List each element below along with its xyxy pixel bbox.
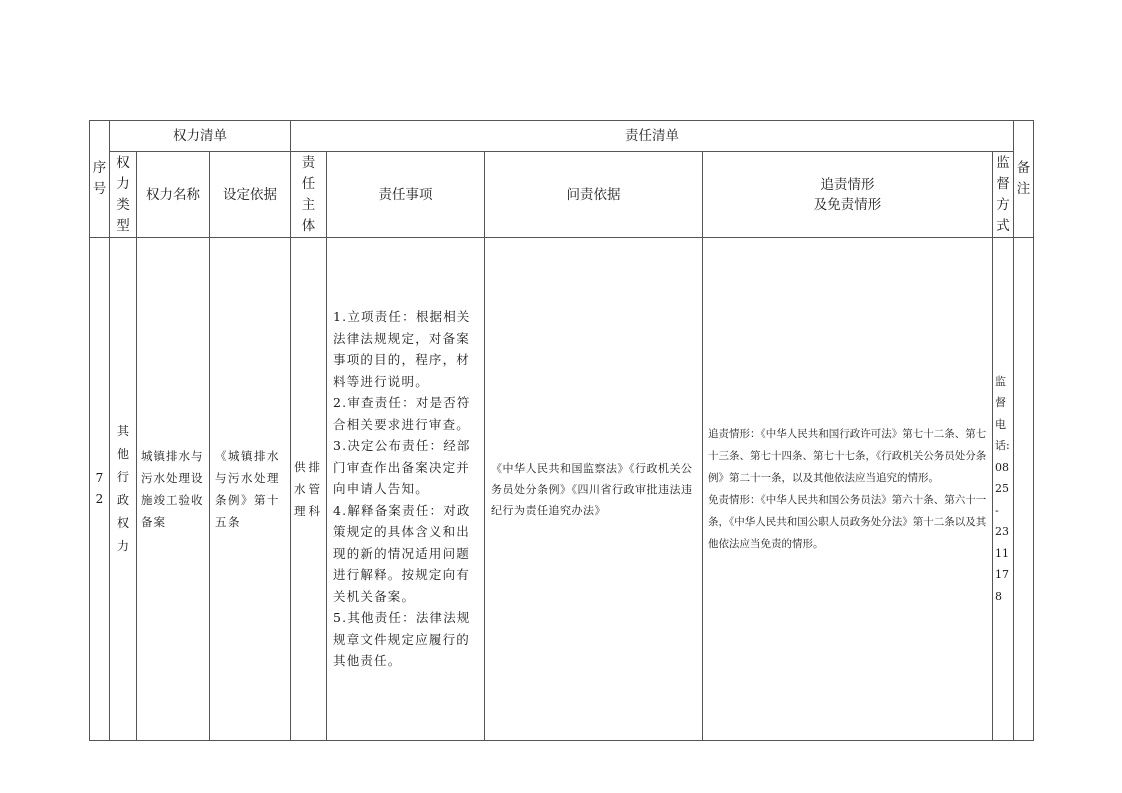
header-legal-basis: 设定依据 (210, 152, 291, 238)
header-char: 责 (291, 153, 326, 174)
header-responsibility-items: 责任事项 (327, 152, 485, 238)
cell-remarks (1014, 238, 1034, 741)
header-remarks: 备 注 (1014, 121, 1034, 238)
header-char: 任 (291, 174, 326, 195)
cell-supervision-method: 监 督 电 话: 08 25 - 23 11 17 8 (993, 238, 1014, 741)
supervision-char: 25 (995, 478, 1011, 500)
header-char: 主 (291, 195, 326, 216)
seq-digit: 7 (90, 468, 109, 489)
header-seq-char: 号 (90, 179, 109, 200)
header-power-name: 权力名称 (137, 152, 210, 238)
responsibility-item: 2.审查责任：对是否符合相关要求进行审查。 (333, 392, 478, 435)
supervision-char: 督 (995, 392, 1011, 414)
header-remarks-char: 注 (1014, 179, 1033, 200)
header-char: 类 (110, 195, 136, 216)
power-type-char: 政 (110, 489, 136, 512)
header-accountability-basis: 问责依据 (485, 152, 703, 238)
header-char: 型 (110, 216, 136, 237)
power-responsibility-table: 序 号 权力清单 责任清单 备 注 权 力 类 型 权力名称 设定依据 责 任 … (89, 120, 1034, 741)
pursuit-clause: 追责情形：《中华人民共和国行政许可法》第七十二条、第七十三条、第七十四条、第七十… (708, 423, 987, 489)
header-seq-char: 序 (90, 158, 109, 179)
header-char: 体 (291, 216, 326, 237)
power-type-char: 他 (110, 443, 136, 466)
power-type-char: 其 (110, 420, 136, 443)
cell-legal-basis: 《城镇排水与污水处理条例》第十五条 (210, 238, 291, 741)
header-char: 权 (110, 153, 136, 174)
supervision-char: - (995, 500, 1011, 522)
header-char: 方 (993, 195, 1013, 216)
supervision-char: 话: (995, 435, 1011, 457)
header-char: 式 (993, 216, 1013, 237)
header-power-type: 权 力 类 型 (110, 152, 137, 238)
supervision-char: 23 (995, 521, 1011, 543)
power-type-char: 权 (110, 512, 136, 535)
table-row: 7 2 其 他 行 政 权 力 城镇排水与污水处理设施竣工验收备案 《城镇排水与… (90, 238, 1034, 741)
header-supervision-method: 监 督 方 式 (993, 152, 1014, 238)
header-char: 监 (993, 153, 1013, 174)
supervision-char: 17 (995, 564, 1011, 586)
responsibility-item: 3.决定公布责任：经部门审查作出备案决定并向申请人告知。 (333, 435, 478, 500)
supervision-char: 08 (995, 457, 1011, 479)
header-power-list: 权力清单 (110, 121, 291, 152)
seq-digit: 2 (90, 489, 109, 510)
power-type-char: 力 (110, 535, 136, 558)
header-responsible-subject: 责 任 主 体 (291, 152, 327, 238)
cell-power-type: 其 他 行 政 权 力 (110, 238, 137, 741)
exemption-clause: 免责情形：《中华人民共和国公务员法》第六十条、第六十一条，《中华人民共和国公职人… (708, 489, 987, 555)
header-responsibility-list: 责任清单 (291, 121, 1014, 152)
cell-pursuit-exemption: 追责情形：《中华人民共和国行政许可法》第七十二条、第七十三条、第七十四条、第七十… (703, 238, 993, 741)
cell-seq: 7 2 (90, 238, 110, 741)
header-pursuit-exemption: 追责情形 及免责情形 (703, 152, 993, 238)
cell-power-name: 城镇排水与污水处理设施竣工验收备案 (137, 238, 210, 741)
header-seq: 序 号 (90, 121, 110, 238)
header-line: 追责情形 (703, 175, 992, 195)
supervision-char: 监 (995, 371, 1011, 393)
cell-responsibility-items: 1.立项责任：根据相关法律法规规定，对备案事项的目的，程序，材料等进行说明。 2… (327, 238, 485, 741)
header-char: 督 (993, 174, 1013, 195)
supervision-char: 8 (995, 586, 1011, 608)
supervision-char: 电 (995, 414, 1011, 436)
header-char: 力 (110, 174, 136, 195)
document-page: 序 号 权力清单 责任清单 备 注 权 力 类 型 权力名称 设定依据 责 任 … (0, 0, 1122, 793)
header-line: 及免责情形 (703, 195, 992, 215)
supervision-char: 11 (995, 543, 1011, 565)
responsibility-item: 1.立项责任：根据相关法律法规规定，对备案事项的目的，程序，材料等进行说明。 (333, 306, 478, 392)
responsibility-item: 4.解释备案责任：对政策规定的具体含义和出现的新的情况适用问题进行解释。按规定向… (333, 500, 478, 608)
header-remarks-char: 备 (1014, 158, 1033, 179)
cell-accountability-basis: 《中华人民共和国监察法》《行政机关公务员处分条例》《四川省行政审批违法违纪行为责… (485, 238, 703, 741)
responsibility-item: 5.其他责任：法律法规规章文件规定应履行的其他责任。 (333, 607, 478, 672)
power-type-char: 行 (110, 466, 136, 489)
cell-responsible-subject: 供排水管理科 (291, 238, 327, 741)
